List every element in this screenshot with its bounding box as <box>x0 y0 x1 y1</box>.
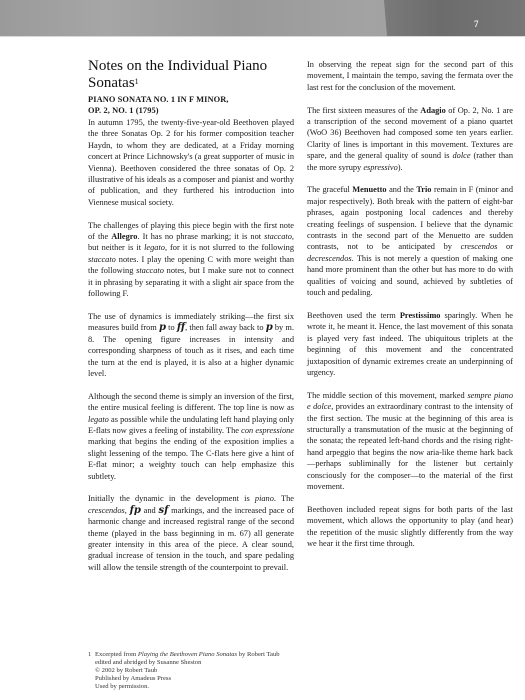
paragraph: The graceful Menuetto and the Trio remai… <box>307 184 513 298</box>
footnote: 1 Excerpted from Playing the Beethoven P… <box>88 651 368 691</box>
paragraph: The challenges of playing this piece beg… <box>88 220 294 300</box>
dynamic-marking: p <box>266 322 273 333</box>
left-column: Notes on the Individual Piano Sonatas1 P… <box>88 58 294 585</box>
footnote-number: 1 <box>88 651 91 659</box>
paragraph: Although the second theme is simply an i… <box>88 391 294 482</box>
paragraph: In autumn 1795, the twenty-five-year-old… <box>88 117 294 208</box>
footnote-ref: 1 <box>135 77 139 86</box>
dynamic-marking: p <box>159 322 166 333</box>
paragraph: In observing the repeat sign for the sec… <box>307 59 513 93</box>
page-number: 7 <box>474 19 479 29</box>
paragraph: The first sixteen measures of the Adagio… <box>307 105 513 173</box>
paragraph: Beethoven used the term Prestissimo spar… <box>307 310 513 378</box>
paragraph: The use of dynamics is immediately strik… <box>88 311 294 379</box>
dynamic-marking: sf <box>158 505 168 516</box>
footnote-body: Excerpted from Playing the Beethoven Pia… <box>95 651 368 691</box>
page-title: Notes on the Individual Piano Sonatas1 <box>88 58 294 91</box>
section-heading: PIANO SONATA NO. 1 IN F MINOR, OP. 2, NO… <box>88 94 294 116</box>
book-title: Playing the Beethoven Piano Sonatas <box>138 651 237 658</box>
title-text: Notes on the Individual Piano Sonatas <box>88 58 267 91</box>
right-column: In observing the repeat sign for the sec… <box>307 59 513 561</box>
dynamic-marking: ff <box>177 322 185 333</box>
dynamic-marking: fp <box>130 505 141 516</box>
paragraph: The middle section of this movement, mar… <box>307 390 513 493</box>
paragraph: Beethoven included repeat signs for both… <box>307 504 513 550</box>
section-heading-line1: PIANO SONATA NO. 1 IN F MINOR, <box>88 95 229 104</box>
paragraph: Initially the dynamic in the development… <box>88 493 294 573</box>
header-banner: 7 <box>0 0 525 37</box>
section-heading-line2: OP. 2, NO. 1 (1795) <box>88 106 159 115</box>
header-banner-dark-panel <box>384 0 525 36</box>
